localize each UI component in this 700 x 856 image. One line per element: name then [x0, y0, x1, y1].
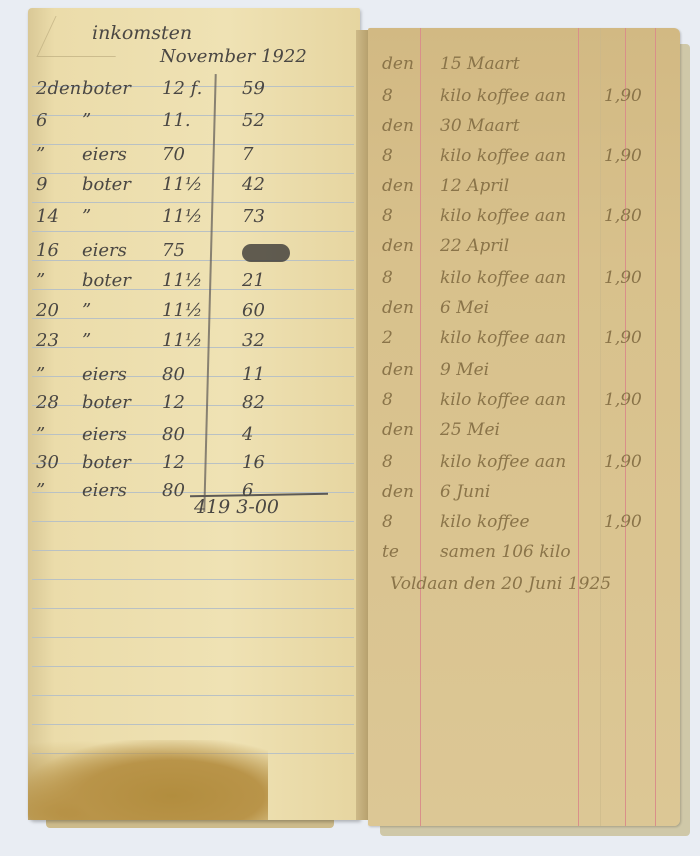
- row-label: te: [382, 542, 432, 562]
- paid-in-full-note: Voldaan den 20 Juni 1925: [390, 574, 611, 594]
- row-text: 6 Juni: [440, 482, 620, 502]
- day: 6: [36, 110, 72, 131]
- ledger-row: 30boter1216: [36, 452, 336, 480]
- row-text: kilo koffee aan: [440, 268, 620, 288]
- page-subtitle-date: November 1922: [160, 46, 307, 67]
- ledger-row: den30 Maart: [382, 116, 682, 146]
- ledger-row: den9 Mei: [382, 360, 682, 390]
- row-label: 8: [382, 86, 432, 106]
- item: boter: [82, 78, 172, 99]
- price: 12 f.: [162, 78, 232, 99]
- amount: 32: [242, 330, 302, 351]
- ledger-row: 20”11½60: [36, 300, 336, 328]
- item: eiers: [82, 424, 172, 445]
- ledger-row: 8kilo koffee aan1,80: [382, 206, 682, 236]
- price: 11½: [162, 270, 232, 291]
- amount: 4: [242, 424, 302, 445]
- row-label: den: [382, 420, 432, 440]
- row-label: 8: [382, 206, 432, 226]
- item: boter: [82, 392, 172, 413]
- ledger-row: 28boter1282: [36, 392, 336, 420]
- ledger-row: ”eiers8011: [36, 364, 336, 392]
- row-text: 22 April: [440, 236, 620, 256]
- row-price: 1,90: [604, 452, 674, 472]
- scratched-amount: [242, 244, 290, 262]
- row-text: kilo koffee aan: [440, 452, 620, 472]
- ledger-row: ”eiers804: [36, 424, 336, 452]
- price: 11½: [162, 174, 232, 195]
- price: 75: [162, 240, 232, 261]
- row-text: kilo koffee aan: [440, 206, 620, 226]
- price: 80: [162, 424, 232, 445]
- price: 80: [162, 364, 232, 385]
- ledger-row: 2kilo koffee aan1,90: [382, 328, 682, 358]
- row-label: 8: [382, 452, 432, 472]
- ledger-row: 8kilo koffee aan1,90: [382, 86, 682, 116]
- ledger-row: 8kilo koffee aan1,90: [382, 268, 682, 298]
- amount: 82: [242, 392, 302, 413]
- amount: 11: [242, 364, 302, 385]
- item: ”: [82, 110, 172, 131]
- ledger-row: 9boter11½42: [36, 174, 336, 202]
- total-amount: 419 3-00: [194, 496, 279, 518]
- item: eiers: [82, 480, 172, 501]
- amount: 73: [242, 206, 302, 227]
- row-label: den: [382, 176, 432, 196]
- amount: 7: [242, 144, 302, 165]
- day: ”: [36, 424, 72, 445]
- row-label: den: [382, 360, 432, 380]
- day: 23: [36, 330, 72, 351]
- row-text: 25 Mei: [440, 420, 620, 440]
- day: ”: [36, 480, 72, 501]
- water-stain: [28, 740, 268, 820]
- ledger-row: den12 April: [382, 176, 682, 206]
- row-text: samen 106 kilo: [440, 542, 620, 562]
- ledger-row: tesamen 106 kilo: [382, 542, 682, 572]
- ledger-row: ”boter11½21: [36, 270, 336, 298]
- amount: 59: [242, 78, 302, 99]
- page-title: inkomsten: [92, 22, 192, 44]
- row-text: kilo koffee aan: [440, 390, 620, 410]
- item: eiers: [82, 364, 172, 385]
- ledger-row: 16eiers75: [36, 240, 336, 268]
- row-text: 30 Maart: [440, 116, 620, 136]
- ledger-row: den15 Maart: [382, 54, 682, 84]
- item: eiers: [82, 144, 172, 165]
- ledger-row: den6 Mei: [382, 298, 682, 328]
- day: ”: [36, 144, 72, 165]
- row-price: 1,90: [604, 328, 674, 348]
- row-text: kilo koffee: [440, 512, 620, 532]
- item: eiers: [82, 240, 172, 261]
- item: ”: [82, 330, 172, 351]
- item: ”: [82, 206, 172, 227]
- day: 20: [36, 300, 72, 321]
- row-text: kilo koffee aan: [440, 86, 620, 106]
- ledger-row: 2denboter12 f.59: [36, 78, 336, 106]
- price: 12: [162, 392, 232, 413]
- row-price: 1,90: [604, 390, 674, 410]
- row-text: kilo koffee aan: [440, 146, 620, 166]
- day: 2den: [36, 78, 72, 99]
- row-label: 8: [382, 390, 432, 410]
- ledger-row: 8kilo koffee aan1,90: [382, 390, 682, 420]
- row-price: 1,90: [604, 512, 674, 532]
- row-label: 8: [382, 268, 432, 288]
- row-price: 1,80: [604, 206, 674, 226]
- row-label: den: [382, 482, 432, 502]
- day: 28: [36, 392, 72, 413]
- ledger-row: 14”11½73: [36, 206, 336, 234]
- price: 11½: [162, 206, 232, 227]
- ledger-row: 8kilo koffee aan1,90: [382, 146, 682, 176]
- row-text: 6 Mei: [440, 298, 620, 318]
- price: 11½: [162, 300, 232, 321]
- ledger-row: 8kilo koffee1,90: [382, 512, 682, 542]
- price: 12: [162, 452, 232, 473]
- day: 30: [36, 452, 72, 473]
- amount: 21: [242, 270, 302, 291]
- row-text: 15 Maart: [440, 54, 620, 74]
- price: 70: [162, 144, 232, 165]
- item: boter: [82, 452, 172, 473]
- day: ”: [36, 270, 72, 291]
- item: boter: [82, 174, 172, 195]
- row-label: den: [382, 116, 432, 136]
- item: ”: [82, 300, 172, 321]
- row-price: 1,90: [604, 146, 674, 166]
- ledger-row: ”eiers707: [36, 144, 336, 172]
- ledger-row: den22 April: [382, 236, 682, 266]
- row-label: 2: [382, 328, 432, 348]
- ledger-row: 6”11.52: [36, 110, 336, 138]
- row-text: kilo koffee aan: [440, 328, 620, 348]
- row-price: 1,90: [604, 86, 674, 106]
- ledger-row: 8kilo koffee aan1,90: [382, 452, 682, 482]
- ledger-row: ”eiers806: [36, 480, 336, 508]
- ledger-row: 23”11½32: [36, 330, 336, 358]
- amount: 42: [242, 174, 302, 195]
- row-label: 8: [382, 146, 432, 166]
- row-label: den: [382, 236, 432, 256]
- amount: 52: [242, 110, 302, 131]
- row-text: 12 April: [440, 176, 620, 196]
- day: 9: [36, 174, 72, 195]
- row-text: 9 Mei: [440, 360, 620, 380]
- day: ”: [36, 364, 72, 385]
- row-label: 8: [382, 512, 432, 532]
- ledger-row: den6 Juni: [382, 482, 682, 512]
- price: 11.: [162, 110, 232, 131]
- amount: 60: [242, 300, 302, 321]
- item: boter: [82, 270, 172, 291]
- row-label: den: [382, 54, 432, 74]
- day: 14: [36, 206, 72, 227]
- row-price: 1,90: [604, 268, 674, 288]
- price: 11½: [162, 330, 232, 351]
- row-label: den: [382, 298, 432, 318]
- day: 16: [36, 240, 72, 261]
- amount: 16: [242, 452, 302, 473]
- ledger-row: den25 Mei: [382, 420, 682, 450]
